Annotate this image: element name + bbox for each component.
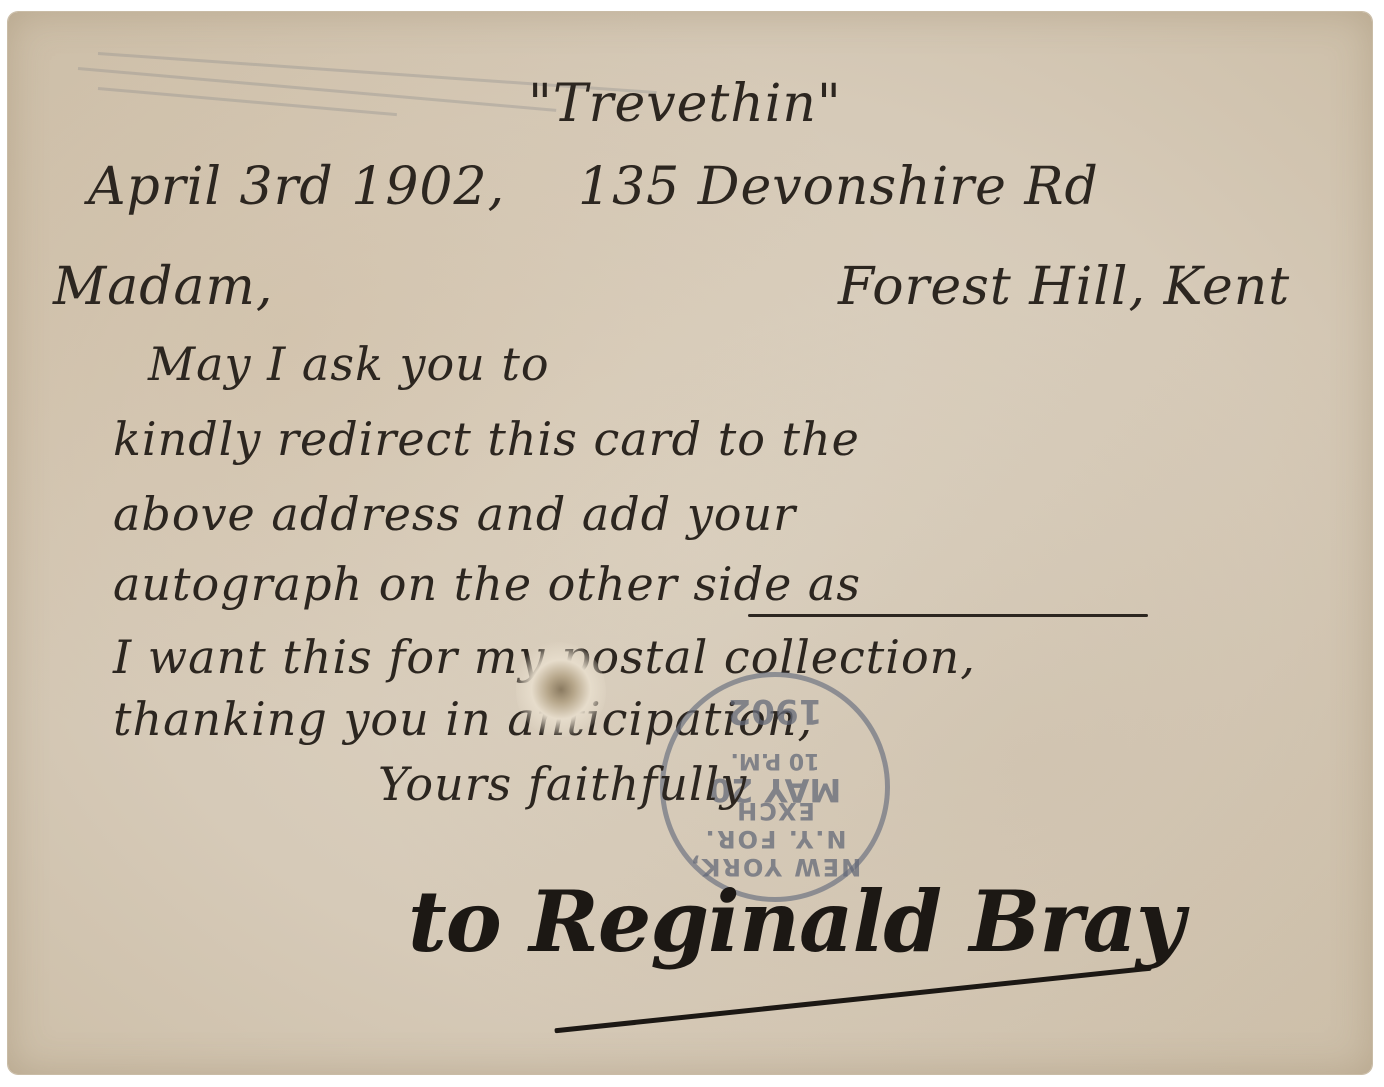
postcard: "Trevethin" April 3rd 1902, 135 Devonshi… (8, 12, 1372, 1074)
other-side-underline (748, 614, 1148, 617)
body-line-3: above address and add your (113, 487, 796, 541)
signature: to Reginald Bray (408, 872, 1184, 971)
closing: Yours faithfully (378, 757, 747, 811)
signature-underline (554, 966, 1151, 1034)
body-line-1: May I ask you to (148, 337, 550, 391)
salutation: Madam, (53, 257, 273, 317)
postmark-year: 1902 (665, 691, 885, 731)
body-line-2: kindly redirect this card to the (113, 412, 860, 466)
house-name: "Trevethin" (528, 74, 842, 134)
pencil-guide-line (78, 67, 556, 112)
document-canvas: "Trevethin" April 3rd 1902, 135 Devonshi… (0, 0, 1384, 1087)
body-line-4: autograph on the other side as (113, 557, 861, 611)
address-line-2: Forest Hill, Kent (838, 257, 1290, 317)
paper-damage-hole (516, 642, 606, 737)
date-line: April 3rd 1902, (88, 157, 505, 217)
address-line-1: 135 Devonshire Rd (578, 157, 1099, 217)
